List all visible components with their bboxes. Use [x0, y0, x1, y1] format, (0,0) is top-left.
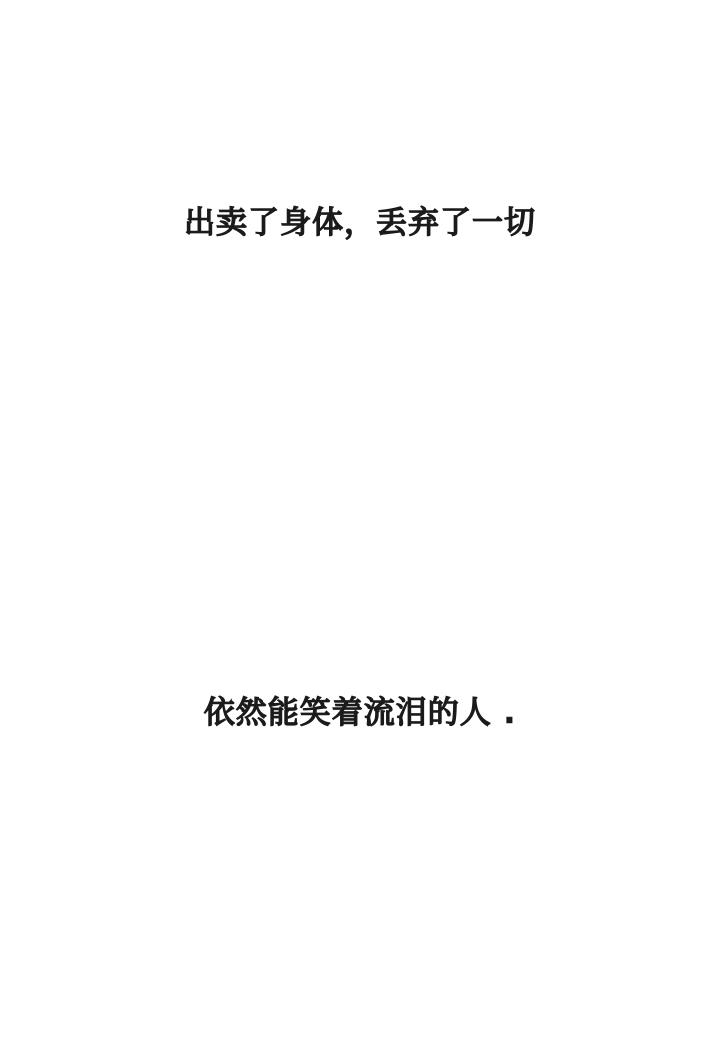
caption-line-bottom: 依然能笑着流泪的人 .	[0, 698, 720, 729]
blank-page-background: 出卖了身体，丢弃了一切 依然能笑着流泪的人 .	[0, 0, 720, 1051]
caption-line-top: 出卖了身体，丢弃了一切	[0, 208, 720, 239]
